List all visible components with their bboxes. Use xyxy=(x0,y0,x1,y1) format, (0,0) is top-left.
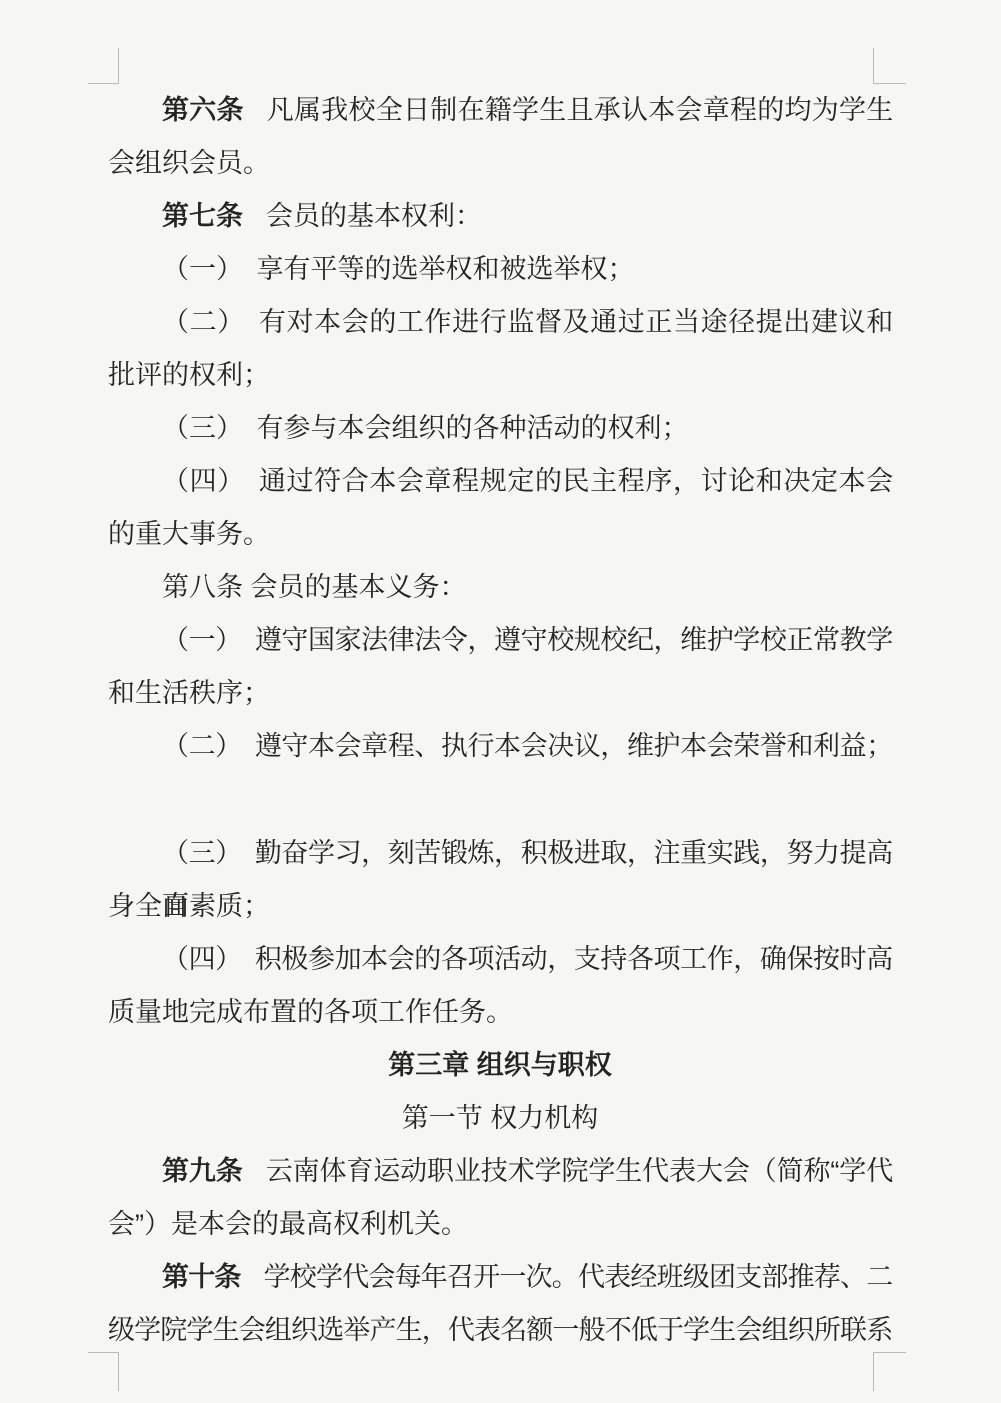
line-text: 级学院学生会组织选举产生，代表名额一般不低于学生会组织所联系 xyxy=(108,1315,892,1345)
line-text: （三） 有参与本会组织的各种活动的权利； xyxy=(162,413,689,443)
article-7-item-4-line-1: （四） 通过符合本会章程规定的民主程序，讨论和决定本会 xyxy=(108,455,892,508)
article-7-item-1: （一） 享有平等的选举权和被选举权； xyxy=(108,243,892,296)
line-text: 批评的权利； xyxy=(108,360,270,390)
article-9-line-2: 会”）是本会的最高权利机关。 xyxy=(108,1198,892,1251)
line-text: （一） 遵守国家法律法令，遵守校规校纪，维护学校正常教学 xyxy=(162,625,892,655)
article-7-item-4-line-2: 的重大事务。 xyxy=(108,508,892,561)
section-heading: 第一节 权力机构 xyxy=(108,1092,892,1145)
article-7-item-3: （三） 有参与本会组织的各种活动的权利； xyxy=(108,402,892,455)
line-text: 第八条 会员的基本义务： xyxy=(162,572,467,602)
line-text: （四） 积极参加本会的各项活动，支持各项工作，确保按时高 xyxy=(162,944,892,974)
line-text: （二） 遵守本会章程、执行本会决议，维护本会荣誉和利益； xyxy=(162,731,892,761)
bold-lead: 第三章 组织与职权 xyxy=(388,1050,612,1080)
article-7-item-2-line-1: （二） 有对本会的工作进行监督及通过正当途径提出建议和 xyxy=(108,296,892,349)
line-text: 质量地完成布置的各项工作任务。 xyxy=(108,997,513,1027)
article-7-line-1: 第七条会员的基本权利： xyxy=(108,190,892,243)
line-text: （二） 有对本会的工作进行监督及通过正当途径提出建议和 xyxy=(162,307,892,337)
article-8-item-3-line-2: 身全面素质； xyxy=(108,880,892,933)
line-text: 会组织会员。 xyxy=(108,148,270,178)
line-text: 会员的基本权利： xyxy=(266,201,482,231)
crop-mark-top-left xyxy=(88,48,119,84)
article-8-item-1-line-2: 和生活秩序； xyxy=(108,667,892,720)
bold-lead: 第九条 xyxy=(162,1156,243,1186)
crop-mark-top-right xyxy=(873,48,906,84)
article-8-item-3-line-1: （三） 勤奋学习，刻苦锻炼，积极进取，注重实践，努力提高自 xyxy=(108,827,892,880)
line-text: 和生活秩序； xyxy=(108,678,270,708)
line-text: 第一节 权力机构 xyxy=(402,1103,599,1133)
chapter-heading: 第三章 组织与职权 xyxy=(108,1039,892,1092)
bold-lead: 第六条 xyxy=(162,95,244,125)
line-text: 云南体育运动职业技术学院学生代表大会（简称“学代 xyxy=(266,1156,892,1186)
article-10-line-2: 级学院学生会组织选举产生，代表名额一般不低于学生会组织所联系 xyxy=(108,1304,892,1357)
crop-mark-bottom-left xyxy=(88,1352,119,1391)
document-content: 第六条凡属我校全日制在籍学生且承认本会章程的均为学生会组织会员。第七条会员的基本… xyxy=(108,84,892,1357)
article-10-line-1: 第十条学校学代会每年召开一次。代表经班级团支部推荐、二 xyxy=(108,1251,892,1304)
article-6-line-2: 会组织会员。 xyxy=(108,137,892,190)
bold-lead: 第十条 xyxy=(162,1262,241,1292)
line-text: 会”）是本会的最高权利机关。 xyxy=(108,1209,468,1239)
article-9-line-1: 第九条云南体育运动职业技术学院学生代表大会（简称“学代 xyxy=(108,1145,892,1198)
article-8-item-4-line-1: （四） 积极参加本会的各项活动，支持各项工作，确保按时高 xyxy=(108,933,892,986)
document-page: 第六条凡属我校全日制在籍学生且承认本会章程的均为学生会组织会员。第七条会员的基本… xyxy=(0,0,1001,1403)
line-text: 身全面素质； xyxy=(108,891,270,921)
blank-line xyxy=(108,773,892,827)
article-8-item-4-line-2: 质量地完成布置的各项工作任务。 xyxy=(108,986,892,1039)
article-7-item-2-line-2: 批评的权利； xyxy=(108,349,892,402)
line-text: 的重大事务。 xyxy=(108,519,270,549)
line-text: （四） 通过符合本会章程规定的民主程序，讨论和决定本会 xyxy=(162,466,892,496)
article-8-line-1: 第八条 会员的基本义务： xyxy=(108,561,892,614)
article-8-item-1-line-1: （一） 遵守国家法律法令，遵守校规校纪，维护学校正常教学 xyxy=(108,614,892,667)
crop-mark-bottom-right xyxy=(873,1352,906,1391)
line-text: （一） 享有平等的选举权和被选举权； xyxy=(162,254,635,284)
article-6-line-1: 第六条凡属我校全日制在籍学生且承认本会章程的均为学生 xyxy=(108,84,892,137)
line-text: 凡属我校全日制在籍学生且承认本会章程的均为学生 xyxy=(267,95,892,125)
article-8-item-2: （二） 遵守本会章程、执行本会决议，维护本会荣誉和利益； xyxy=(108,720,892,773)
bold-lead: 第七条 xyxy=(162,201,243,231)
line-text: 学校学代会每年召开一次。代表经班级团支部推荐、二 xyxy=(264,1262,892,1292)
